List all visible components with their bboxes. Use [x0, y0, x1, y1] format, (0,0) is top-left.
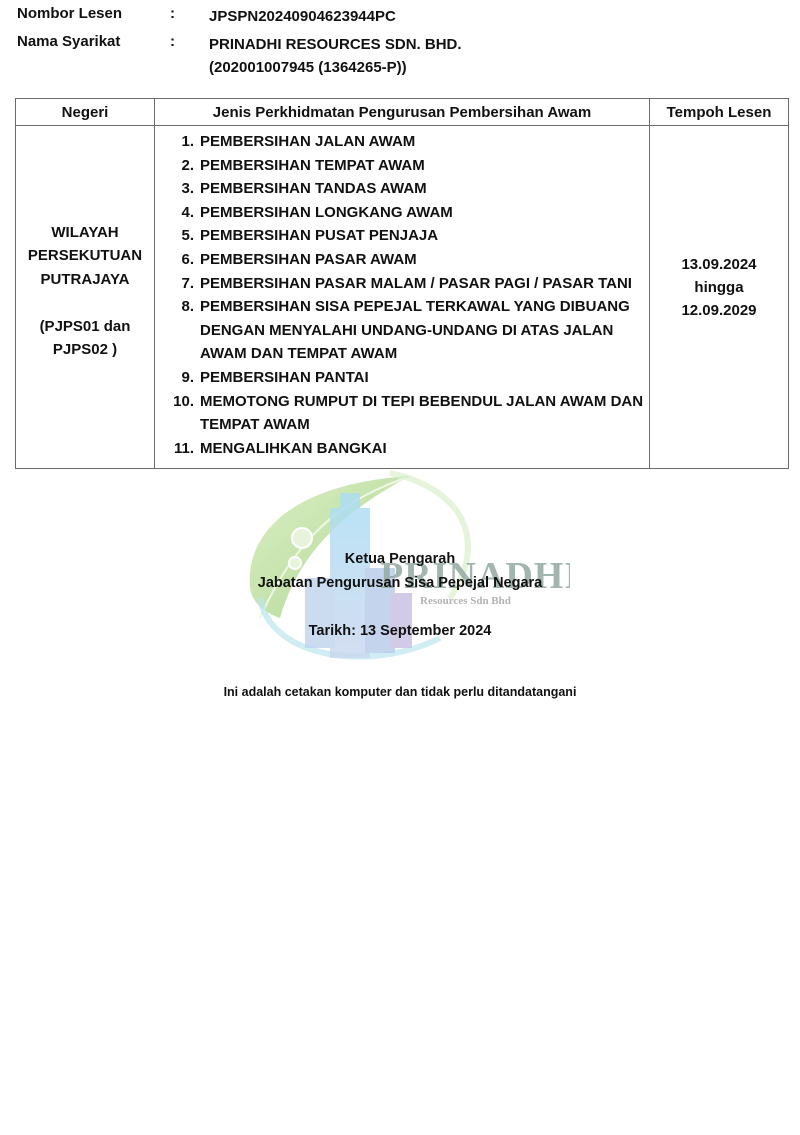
- service-number: 1.: [155, 130, 194, 154]
- services-list: 1.PEMBERSIHAN JALAN AWAM2.PEMBERSIHAN TE…: [155, 126, 649, 468]
- signature-date: Tarikh: 13 September 2024: [0, 623, 800, 639]
- company-name-value: PRINADHI RESOURCES SDN. BHD. (2020010079…: [209, 33, 462, 79]
- service-item: 2.PEMBERSIHAN TEMPAT AWAM: [155, 154, 649, 178]
- separator: :: [170, 33, 175, 50]
- service-item: 4.PEMBERSIHAN LONGKANG AWAM: [155, 201, 649, 225]
- service-item: 9.PEMBERSIHAN PANTAI: [155, 366, 649, 390]
- service-text: PEMBERSIHAN SISA PEPEJAL TERKAWAL YANG D…: [200, 298, 630, 362]
- signatory-title: Ketua Pengarah: [0, 551, 800, 567]
- service-text: PEMBERSIHAN TANDAS AWAM: [200, 180, 427, 197]
- company-name-label: Nama Syarikat: [17, 33, 167, 50]
- tempoh-start: 13.09.2024: [650, 253, 788, 276]
- service-item: 5.PEMBERSIHAN PUSAT PENJAJA: [155, 224, 649, 248]
- negeri-line: WILAYAH: [16, 221, 154, 245]
- service-item: 11.MENGALIHKAN BANGKAI: [155, 437, 649, 461]
- table-row: WILAYAH PERSEKUTUAN PUTRAJAYA (PJPS01 da…: [16, 126, 789, 469]
- watermark-sub: Resources Sdn Bhd: [420, 595, 511, 607]
- negeri-code: (PJPS01 dan: [16, 315, 154, 339]
- license-services-table: Negeri Jenis Perkhidmatan Pengurusan Pem…: [15, 98, 789, 469]
- service-item: 1.PEMBERSIHAN JALAN AWAM: [155, 130, 649, 154]
- negeri-line: PUTRAJAYA: [16, 268, 154, 292]
- service-text: PEMBERSIHAN PANTAI: [200, 369, 369, 386]
- tempoh-to: hingga: [650, 276, 788, 299]
- negeri-line: PERSEKUTUAN: [16, 244, 154, 268]
- service-item: 8.PEMBERSIHAN SISA PEPEJAL TERKAWAL YANG…: [155, 295, 649, 366]
- company-registration: (202001007945 (1364265-P)): [209, 56, 462, 79]
- company-name: PRINADHI RESOURCES SDN. BHD.: [209, 33, 462, 56]
- header-services: Jenis Perkhidmatan Pengurusan Pembersiha…: [155, 99, 650, 126]
- footer-note: Ini adalah cetakan komputer dan tidak pe…: [0, 685, 800, 699]
- service-text: PEMBERSIHAN JALAN AWAM: [200, 133, 415, 150]
- signatory-department: Jabatan Pengurusan Sisa Pepejal Negara: [0, 575, 800, 591]
- service-item: 7.PEMBERSIHAN PASAR MALAM / PASAR PAGI /…: [155, 272, 649, 296]
- service-number: 5.: [155, 224, 194, 248]
- service-number: 3.: [155, 177, 194, 201]
- table-header-row: Negeri Jenis Perkhidmatan Pengurusan Pem…: [16, 99, 789, 126]
- license-number-value: JPSPN20240904623944PC: [209, 5, 396, 28]
- service-number: 6.: [155, 248, 194, 272]
- service-number: 11.: [155, 437, 194, 461]
- separator: :: [170, 5, 175, 22]
- service-item: 3.PEMBERSIHAN TANDAS AWAM: [155, 177, 649, 201]
- service-number: 2.: [155, 154, 194, 178]
- service-number: 4.: [155, 201, 194, 225]
- service-number: 10.: [155, 390, 194, 414]
- license-number-label: Nombor Lesen: [17, 5, 167, 22]
- service-item: 10.MEMOTONG RUMPUT DI TEPI BEBENDUL JALA…: [155, 390, 649, 437]
- tempoh-cell: 13.09.2024 hingga 12.09.2029: [650, 126, 789, 469]
- header-negeri: Negeri: [16, 99, 155, 126]
- service-number: 8.: [155, 295, 194, 319]
- service-text: PEMBERSIHAN PASAR AWAM: [200, 251, 417, 268]
- services-cell: 1.PEMBERSIHAN JALAN AWAM2.PEMBERSIHAN TE…: [155, 126, 650, 469]
- service-text: PEMBERSIHAN PUSAT PENJAJA: [200, 227, 438, 244]
- service-item: 6.PEMBERSIHAN PASAR AWAM: [155, 248, 649, 272]
- service-text: PEMBERSIHAN PASAR MALAM / PASAR PAGI / P…: [200, 275, 632, 292]
- tempoh-end: 12.09.2029: [650, 299, 788, 322]
- negeri-cell: WILAYAH PERSEKUTUAN PUTRAJAYA (PJPS01 da…: [16, 126, 155, 469]
- service-text: PEMBERSIHAN TEMPAT AWAM: [200, 157, 425, 174]
- service-text: MENGALIHKAN BANGKAI: [200, 440, 387, 457]
- header-tempoh: Tempoh Lesen: [650, 99, 789, 126]
- service-text: MEMOTONG RUMPUT DI TEPI BEBENDUL JALAN A…: [200, 393, 643, 434]
- service-number: 7.: [155, 272, 194, 296]
- service-text: PEMBERSIHAN LONGKANG AWAM: [200, 204, 453, 221]
- negeri-code: PJPS02 ): [16, 338, 154, 362]
- service-number: 9.: [155, 366, 194, 390]
